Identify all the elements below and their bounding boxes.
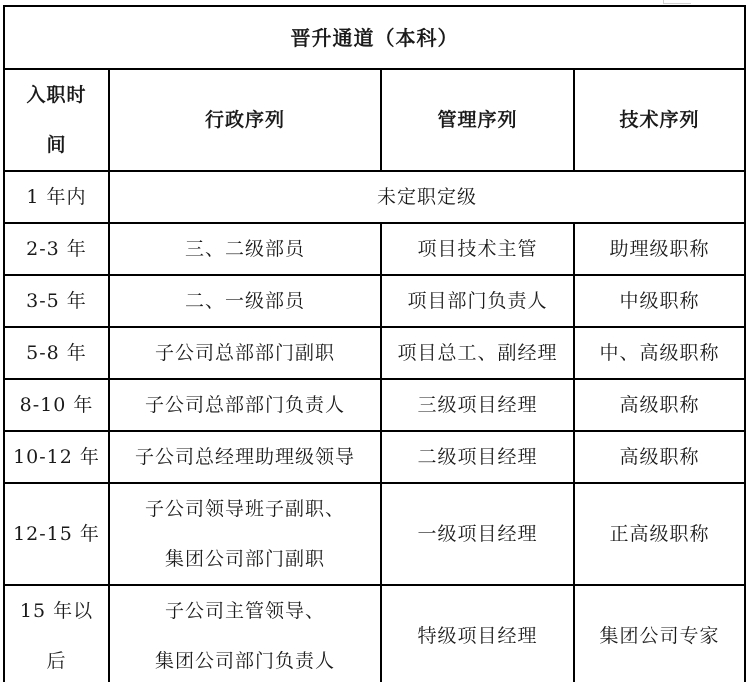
cell-technical: 正高级职称	[574, 483, 745, 585]
header-tenure: 入职时 间	[4, 69, 109, 171]
cell-tenure-line-1: 15 年以	[5, 586, 108, 636]
cell-admin: 子公司总部部门副职	[109, 327, 381, 379]
cell-management: 项目技术主管	[381, 223, 574, 275]
cell-admin-line-1: 子公司领导班子副职、	[110, 484, 380, 534]
cell-tenure: 2-3 年	[4, 223, 109, 275]
cell-admin: 三、二级部员	[109, 223, 381, 275]
header-row: 入职时 间 行政序列 管理序列 技术序列	[4, 69, 745, 171]
table-row: 8-10 年 子公司总部部门负责人 三级项目经理 高级职称	[4, 379, 745, 431]
table-row: 12-15 年 子公司领导班子副职、 集团公司部门副职 一级项目经理 正高级职称	[4, 483, 745, 585]
cell-admin: 子公司总部部门负责人	[109, 379, 381, 431]
cell-management: 项目总工、副经理	[381, 327, 574, 379]
cell-admin-line-2: 集团公司部门负责人	[110, 636, 380, 682]
cell-technical: 中级职称	[574, 275, 745, 327]
cell-management: 二级项目经理	[381, 431, 574, 483]
table-row: 10-12 年 子公司总经理助理级领导 二级项目经理 高级职称	[4, 431, 745, 483]
cell-management: 三级项目经理	[381, 379, 574, 431]
cell-admin: 子公司领导班子副职、 集团公司部门副职	[109, 483, 381, 585]
cell-tenure: 8-10 年	[4, 379, 109, 431]
table-row: 1 年内 未定职定级	[4, 171, 745, 223]
table-title: 晋升通道（本科）	[4, 6, 745, 69]
header-technical: 技术序列	[574, 69, 745, 171]
promotion-channel-table: 晋升通道（本科） 入职时 间 行政序列 管理序列 技术序列 1 年内 未定职定级…	[3, 5, 746, 682]
cell-tenure: 10-12 年	[4, 431, 109, 483]
cell-tenure: 15 年以 后	[4, 585, 109, 682]
cell-technical: 高级职称	[574, 379, 745, 431]
cell-technical: 高级职称	[574, 431, 745, 483]
cell-tenure: 12-15 年	[4, 483, 109, 585]
cell-tenure: 3-5 年	[4, 275, 109, 327]
cell-admin: 二、一级部员	[109, 275, 381, 327]
cell-management: 项目部门负责人	[381, 275, 574, 327]
table-row: 5-8 年 子公司总部部门副职 项目总工、副经理 中、高级职称	[4, 327, 745, 379]
cell-management: 一级项目经理	[381, 483, 574, 585]
cell-merged-unassigned: 未定职定级	[109, 171, 745, 223]
cell-technical: 助理级职称	[574, 223, 745, 275]
cell-admin: 子公司主管领导、 集团公司部门负责人	[109, 585, 381, 682]
cell-tenure: 1 年内	[4, 171, 109, 223]
title-row: 晋升通道（本科）	[4, 6, 745, 69]
table-row: 2-3 年 三、二级部员 项目技术主管 助理级职称	[4, 223, 745, 275]
cell-technical: 集团公司专家	[574, 585, 745, 682]
header-tenure-line-1: 入职时	[5, 70, 108, 120]
cell-admin-line-2: 集团公司部门副职	[110, 534, 380, 584]
cell-tenure-line-2: 后	[5, 636, 108, 682]
cell-tenure: 5-8 年	[4, 327, 109, 379]
table-row: 3-5 年 二、一级部员 项目部门负责人 中级职称	[4, 275, 745, 327]
header-management: 管理序列	[381, 69, 574, 171]
cell-technical: 中、高级职称	[574, 327, 745, 379]
page-tab-marker	[663, 0, 691, 4]
cell-management: 特级项目经理	[381, 585, 574, 682]
table-row: 15 年以 后 子公司主管领导、 集团公司部门负责人 特级项目经理 集团公司专家	[4, 585, 745, 682]
cell-admin-line-1: 子公司主管领导、	[110, 586, 380, 636]
cell-admin: 子公司总经理助理级领导	[109, 431, 381, 483]
header-tenure-line-2: 间	[5, 120, 108, 170]
header-admin: 行政序列	[109, 69, 381, 171]
